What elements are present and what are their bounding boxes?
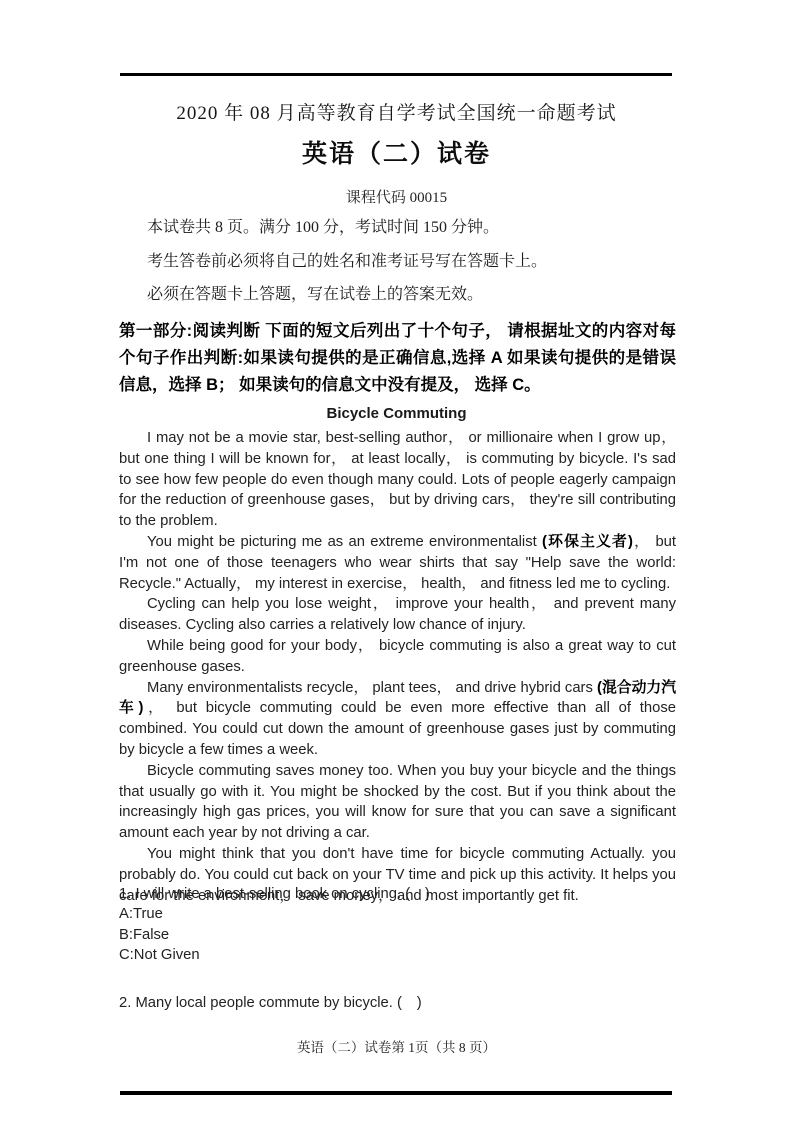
question-1-option-b: B:False bbox=[119, 925, 676, 945]
page-footer: 英语（二）试卷第 1页（共 8 页） bbox=[0, 1036, 793, 1056]
passage-paragraph: While being good for your body， bicycle … bbox=[119, 636, 676, 678]
notice-line: 必须在答题卡上答题，写在试卷上的答案无效。 bbox=[147, 278, 667, 312]
paper-title: 英语（二）试卷 bbox=[0, 134, 793, 170]
notice-line: 本试卷共 8 页。满分 100 分，考试时间 150 分钟。 bbox=[147, 211, 667, 245]
question-1: 1. I will write a best-selling book on c… bbox=[119, 884, 676, 904]
notice-line: 考生答卷前必须将自己的姓名和准考证号写在答题卡上。 bbox=[147, 245, 667, 279]
exam-notices: 本试卷共 8 页。满分 100 分，考试时间 150 分钟。 考生答卷前必须将自… bbox=[147, 211, 667, 312]
exam-title: 2020 年 08 月高等教育自学考试全国统一命题考试 bbox=[0, 98, 793, 125]
passage-paragraph: Bicycle commuting saves money too. When … bbox=[119, 761, 676, 844]
question-1-option-a: A:True bbox=[119, 904, 676, 924]
reading-passage: I may not be a movie star, best-selling … bbox=[119, 428, 676, 906]
header-rule bbox=[120, 73, 672, 76]
passage-paragraph: I may not be a movie star, best-selling … bbox=[119, 428, 676, 532]
question-list: 1. I will write a best-selling book on c… bbox=[119, 884, 676, 1013]
footer-rule bbox=[120, 1091, 672, 1095]
passage-paragraph: You might be picturing me as an extreme … bbox=[119, 532, 676, 594]
passage-text: ， but bicycle commuting could be even mo… bbox=[119, 700, 676, 758]
article-heading: Bicycle Commuting bbox=[0, 405, 793, 422]
exam-paper-page: 2020 年 08 月高等教育自学考试全国统一命题考试 英语（二）试卷 课程代码… bbox=[0, 0, 793, 1122]
passage-text: You might be picturing me as an extreme … bbox=[147, 534, 542, 550]
passage-text: Many environmentalists recycle， plant te… bbox=[147, 680, 597, 696]
course-code: 课程代码 00015 bbox=[0, 186, 793, 207]
question-2: 2. Many local people commute by bicycle.… bbox=[119, 993, 676, 1013]
question-1-option-c: C:Not Given bbox=[119, 945, 676, 965]
passage-paragraph: Many environmentalists recycle， plant te… bbox=[119, 678, 676, 761]
chinese-gloss: (环保主义者) bbox=[542, 534, 633, 550]
section1-instructions: 第一部分:阅读判断 下面的短文后列出了十个句子， 请根据址文的内容对每个句子作出… bbox=[119, 318, 676, 399]
passage-paragraph: Cycling can help you lose weight， improv… bbox=[119, 594, 676, 636]
